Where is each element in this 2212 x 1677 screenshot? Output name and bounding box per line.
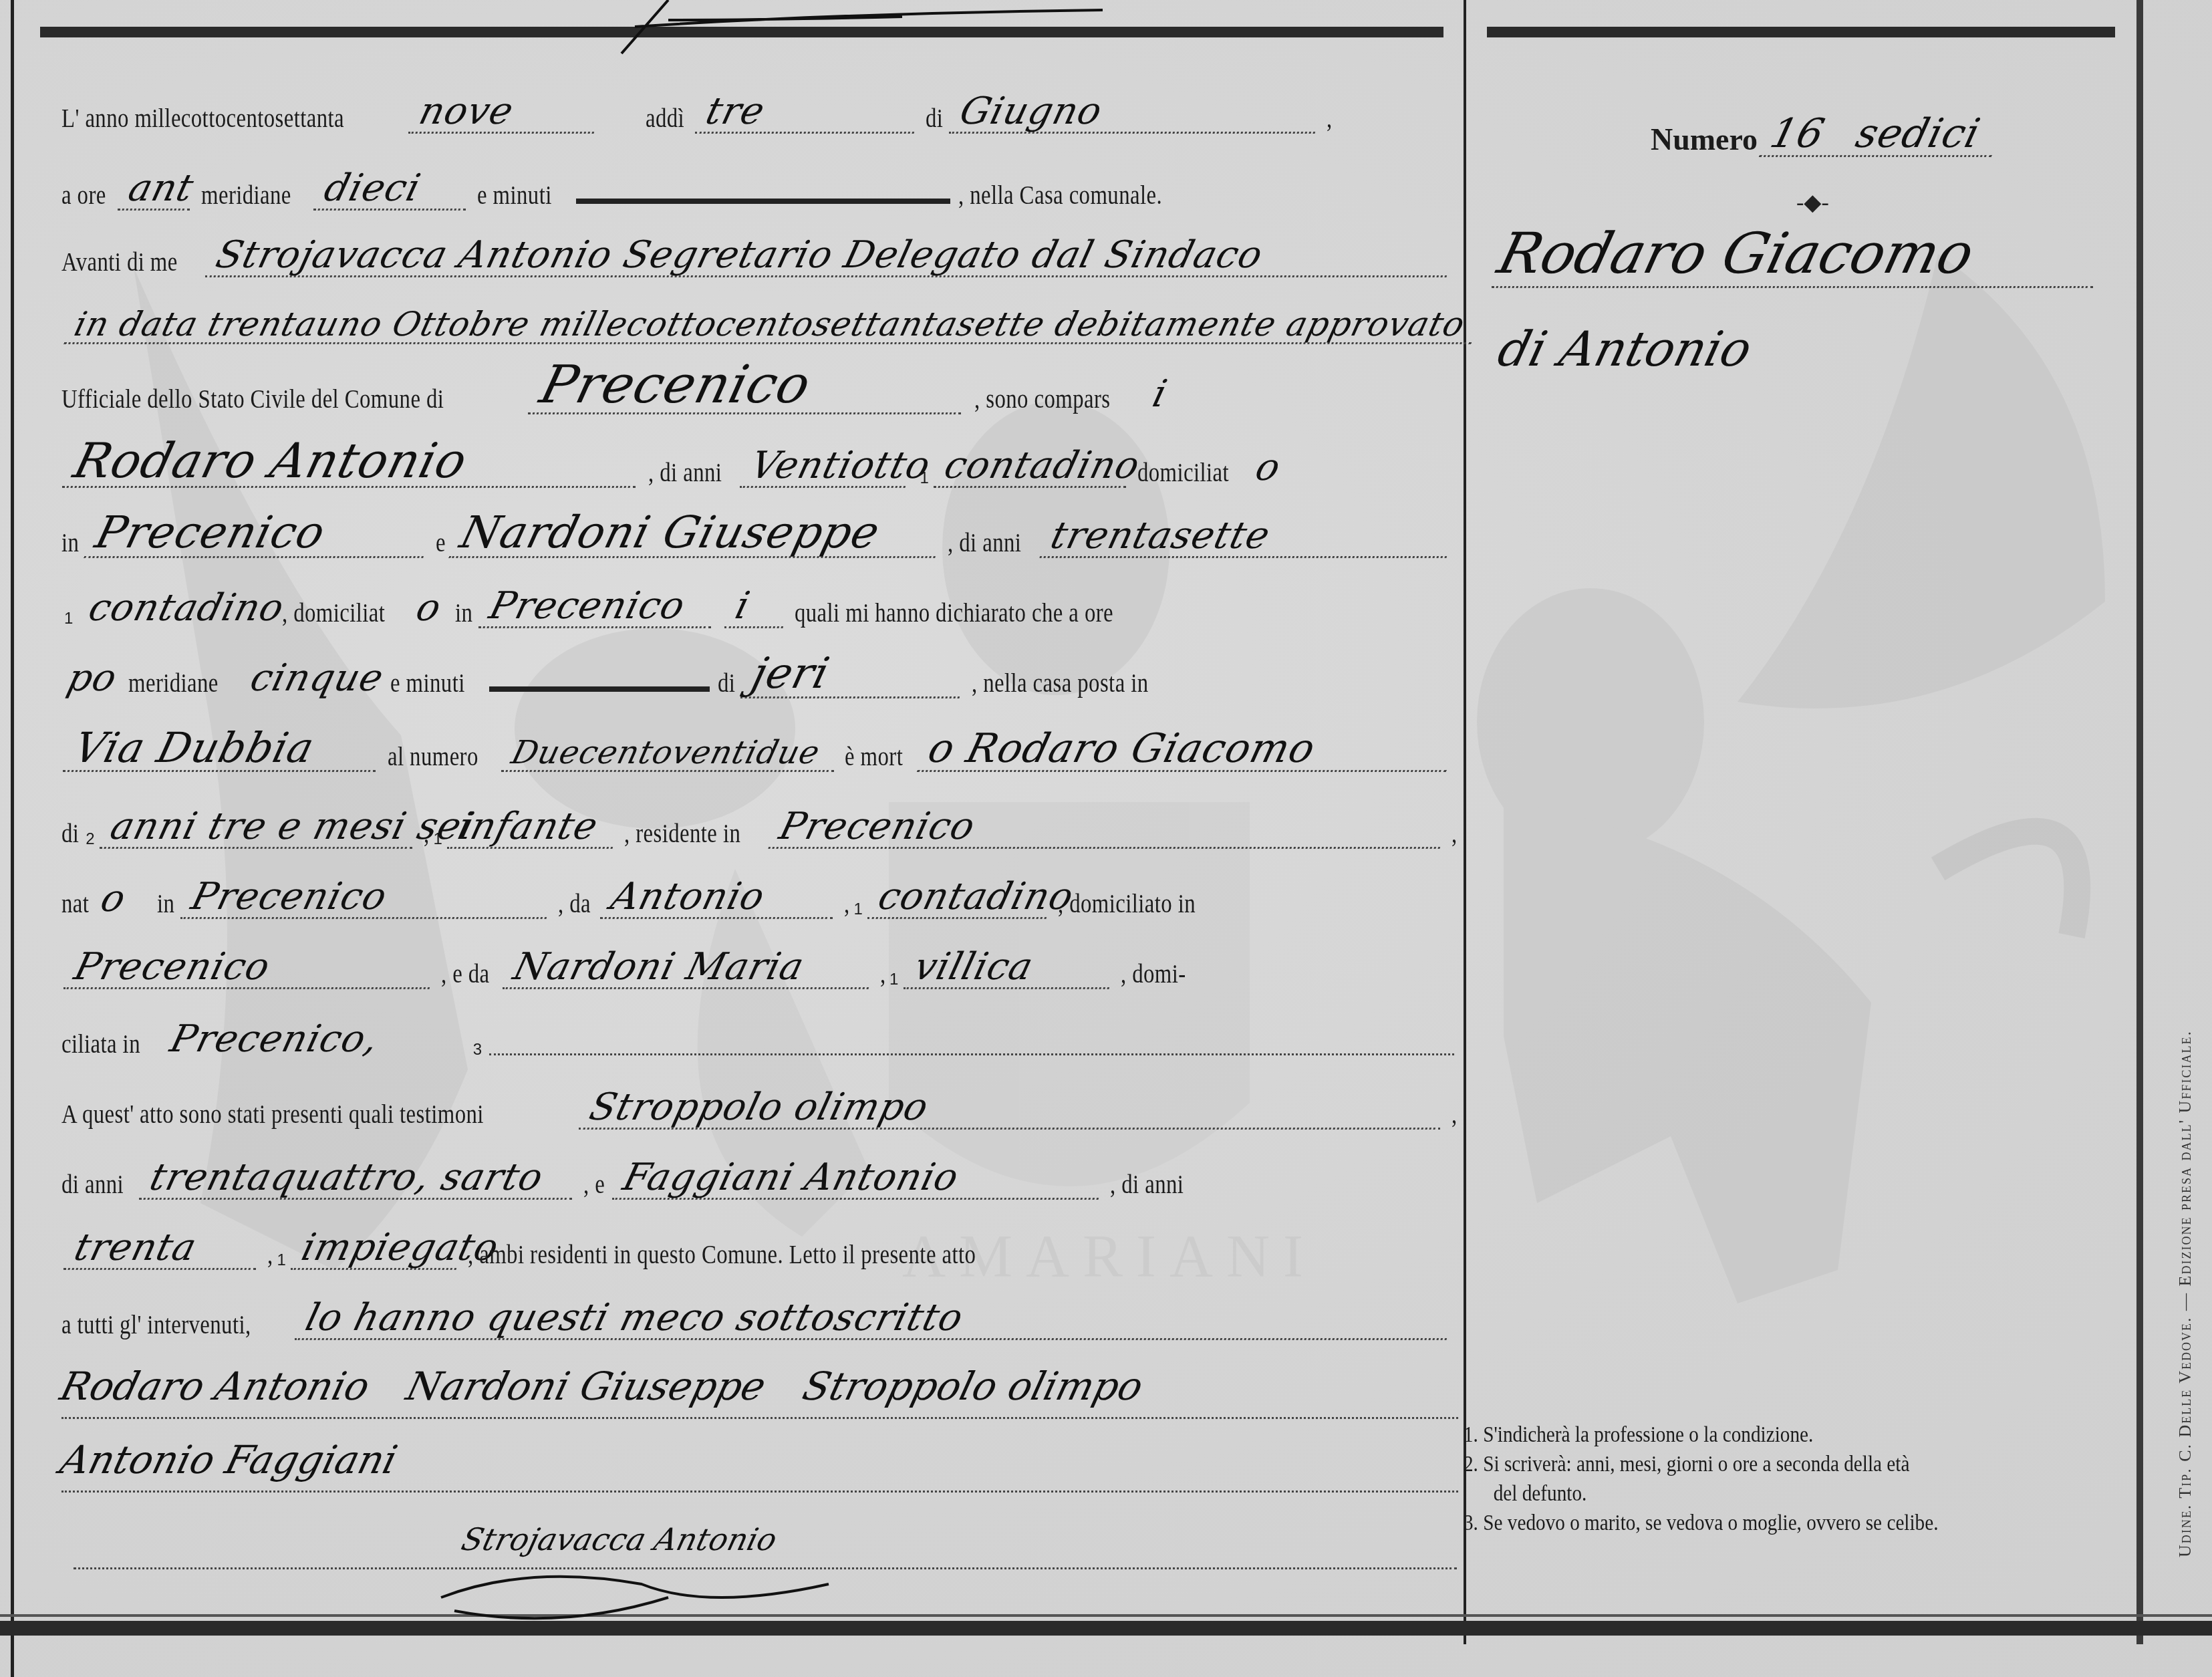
officer-name: Strojavacca Antonio Segretario Delegato … bbox=[204, 237, 1456, 277]
footnote-2: 2. Si scriverà: anni, mesi, giorni o ore… bbox=[1464, 1450, 2044, 1479]
signature-flourish-top bbox=[568, 0, 1370, 60]
line-witness-2-details: trenta , 1 impiegato , ambi residenti in… bbox=[61, 1223, 1458, 1270]
line-declarant-2: in Precenico e Nardoni Giuseppe , di ann… bbox=[61, 511, 1458, 558]
signature-witness-2: Antonio Faggiani bbox=[56, 1437, 402, 1482]
declarant-1-name: Rodaro Antonio bbox=[61, 436, 648, 488]
column-divider bbox=[1464, 0, 1466, 1644]
deceased-name-field: o Rodaro Giacomo bbox=[917, 729, 1457, 772]
margin-deceased-name: Rodaro Giacomo bbox=[1491, 221, 2109, 288]
line-death-time: po meridiane cinque e minuti di jeri , n… bbox=[61, 652, 1458, 698]
ornament-divider: -◆- bbox=[1796, 189, 1829, 216]
line-address: Via Dubbia al numero Duecentoventidue è … bbox=[61, 725, 1458, 772]
signature-line-1: Rodaro Antonio Nardoni Giuseppe Stroppol… bbox=[61, 1364, 1458, 1419]
line-birth: nat o in Precenico , da Antonio , 1 cont… bbox=[61, 872, 1458, 919]
footnote-1: 1. S'indicherà la professione o la condi… bbox=[1464, 1420, 2044, 1450]
witness-1-name: Stroppolo olimpo bbox=[578, 1089, 1449, 1130]
line-witness-ages: di anni trentaquattro, sarto , e Faggian… bbox=[61, 1153, 1458, 1200]
signature-declarant-2: Nardoni Giuseppe bbox=[402, 1364, 771, 1409]
right-border bbox=[2136, 0, 2143, 1644]
year-field: nove bbox=[408, 93, 603, 134]
death-day-field: jeri bbox=[740, 652, 971, 698]
line-mother-domicile: ciliata in Precenico, 3 bbox=[61, 1013, 1458, 1059]
printer-imprint: Udine. Tip. C. Delle Vedove. — Edizione … bbox=[2175, 822, 2202, 1557]
signature-officer: Strojavacca Antonio bbox=[458, 1521, 781, 1557]
line-officer: Avanti di me Strojavacca Antonio Segreta… bbox=[61, 231, 1458, 277]
act-number-label: Numero bbox=[1651, 122, 1758, 157]
footnote-3: 3. Se vedovo o marito, se vedova o mogli… bbox=[1464, 1509, 2044, 1538]
line-time: a ore ant meridiane dieci e minuti , nel… bbox=[61, 164, 1458, 211]
house-number-field: Duecentoventidue bbox=[501, 737, 842, 772]
line-declarant-1: Rodaro Antonio , di anni Ventiotto 1 con… bbox=[61, 441, 1458, 488]
line-comune: Ufficiale dello Stato Civile del Comune … bbox=[61, 368, 1458, 414]
condition-field: infante bbox=[447, 808, 623, 849]
street-field: Via Dubbia bbox=[63, 727, 387, 772]
father-name-field: Antonio bbox=[599, 878, 842, 919]
mother-name-field: Nardoni Maria bbox=[502, 948, 878, 989]
signature-witness-1: Stroppolo olimpo bbox=[798, 1364, 1147, 1409]
line-delegation: in data trentauno Ottobre millecottocent… bbox=[61, 297, 1458, 344]
month-field: Giugno bbox=[948, 93, 1325, 134]
footnotes: 1. S'indicherà la professione o la condi… bbox=[1464, 1420, 2138, 1538]
line-mother: Precenico , e da Nardoni Maria , 1 villi… bbox=[61, 942, 1458, 989]
act-number-words: sedici bbox=[1851, 110, 1985, 157]
line-date: L' anno millecottocentosettanta nove add… bbox=[61, 87, 1458, 134]
day-field: tre bbox=[694, 93, 924, 134]
margin-deceased-father: di Antonio bbox=[1493, 321, 1758, 377]
signature-declarant-1: Rodaro Antonio bbox=[56, 1364, 375, 1409]
act-number-value: 16 bbox=[1766, 110, 1830, 157]
footnote-2-cont: del defunto. bbox=[1464, 1479, 2044, 1509]
line-reading: a tutti gl' intervenuti, lo hanno questi… bbox=[61, 1293, 1458, 1340]
line-age: di 2 anni tre e mesi sei , 1 infante , r… bbox=[61, 802, 1458, 849]
officer-flourish bbox=[428, 1557, 1029, 1631]
age-field: anni tre e mesi sei bbox=[99, 808, 422, 849]
line-witnesses: A quest' atto sono stati presenti quali … bbox=[61, 1083, 1458, 1130]
line-domicile-2: 1 contadino , domiciliat o in Precenico … bbox=[61, 582, 1458, 628]
declarant-2-name: Nardoni Giuseppe bbox=[449, 511, 948, 558]
comune-field: Precenico bbox=[528, 359, 975, 414]
witness-2-name: Faggiani Antonio bbox=[611, 1159, 1108, 1200]
left-border bbox=[11, 0, 14, 1677]
minutes-blank-dash bbox=[576, 199, 950, 204]
signature-line-2: Antonio Faggiani bbox=[61, 1437, 1458, 1493]
act-number: Numero 16 sedici bbox=[1651, 114, 2003, 157]
document-page: AMARIANI L' anno millecottocentosettanta… bbox=[0, 0, 2212, 1677]
